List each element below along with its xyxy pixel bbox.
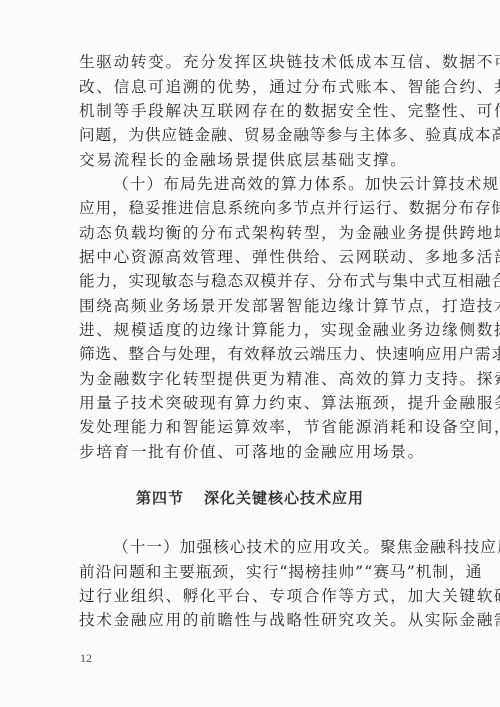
text-line: 筛选、整合与处理，有效释放云端压力、快速响应用户需求，	[79, 343, 427, 365]
text-line: 步培育一批有价值、可落地的金融应用场景。	[79, 441, 427, 463]
text-line: 改、信息可追溯的优势，通过分布式账本、智能合约、共识	[79, 76, 427, 98]
text-line: 进、规模适度的边缘计算能力，实现金融业务边缘侧数据的	[79, 319, 427, 341]
text-line: 据中心资源高效管理、弹性供给、云网联动、多地多活部署	[79, 246, 427, 268]
paragraph-lead-line: （十）布局先进高效的算力体系。加快云计算技术规范	[113, 173, 427, 195]
text-line: 生驱动转变。充分发挥区块链技术低成本互信、数据不可篡	[79, 51, 427, 73]
paragraph-lead-line: （十一）加强核心技术的应用攻关。聚焦金融科技应用	[113, 536, 427, 558]
text-line: 为金融数字化转型提供更为精准、高效的算力支持。探索运	[79, 368, 427, 390]
text-line: 技术金融应用的前瞻性与战略性研究攻关。从实际金融需求	[79, 609, 427, 631]
text-line: 应用，稳妥推进信息系统向多节点并行运行、数据分布存储、	[79, 197, 427, 219]
text-line: 动态负载均衡的分布式架构转型，为金融业务提供跨地域数	[79, 222, 427, 244]
text-line: 问题，为供应链金融、贸易金融等参与主体多、验真成本高、	[79, 124, 427, 146]
text-line: 机制等手段解决互联网存在的数据安全性、完整性、可信性	[79, 100, 427, 122]
text-line: 前沿问题和主要瓶颈，实行“揭榜挂帅”“赛马”机制，通	[79, 561, 427, 583]
text-line: 围绕高频业务场景开发部署智能边缘计算节点，打造技术先	[79, 295, 427, 317]
page-number: 12	[80, 651, 92, 666]
text-line: 交易流程长的金融场景提供底层基础支撑。	[79, 149, 427, 171]
text-line: 发处理能力和智能运算效率，节省能源消耗和设备空间，逐	[79, 416, 427, 438]
text-line: 能力，实现敏态与稳态双模并存、分布式与集中式互相融合。	[79, 270, 427, 292]
section-number: 第四节	[136, 489, 184, 507]
text-line: 用量子技术突破现有算力约束、算法瓶颈，提升金融服务并	[79, 392, 427, 414]
text-line: 过行业组织、孵化平台、专项合作等方式，加大关键软硬件	[79, 585, 427, 607]
section-heading: 第四节深化关键核心技术应用	[0, 487, 500, 509]
section-title: 深化关键核心技术应用	[204, 489, 364, 507]
